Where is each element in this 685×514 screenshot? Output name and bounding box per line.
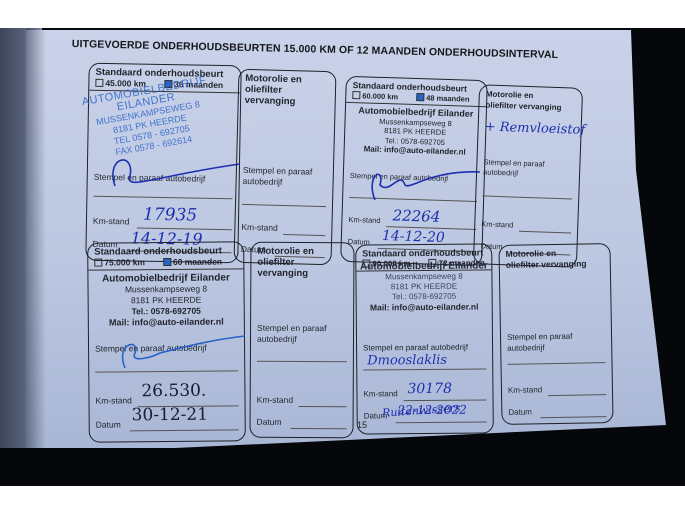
oil-card-4: Motorolie enoliefilter vervanging Stempe… xyxy=(498,243,613,425)
date-line xyxy=(130,429,239,431)
date-line xyxy=(540,416,606,418)
card-heading: Motorolie enoliefilter vervanging xyxy=(479,85,582,114)
checkbox-checked-icon xyxy=(163,258,171,266)
oil-card-3: Motorolie enoliefilter vervanging Stempe… xyxy=(249,242,354,439)
stamp-label: Stempel en paraafautobedrijf xyxy=(242,165,312,189)
interval-options: 75.000 km 60 maanden xyxy=(88,256,243,270)
checkbox-icon xyxy=(94,259,102,267)
checkbox-icon xyxy=(95,79,103,87)
signature-line xyxy=(363,368,486,370)
signature-1 xyxy=(95,146,245,196)
date-line xyxy=(291,428,347,429)
signature-line xyxy=(508,362,606,365)
dealer-stamp: Automobielbedrijf Eilander Mussenkampsew… xyxy=(88,272,243,328)
date-line xyxy=(396,421,487,423)
km-option: 60.000 km xyxy=(352,91,398,101)
km-reading: 30178 xyxy=(407,381,452,397)
km-line xyxy=(404,399,487,401)
signature-line xyxy=(242,204,326,207)
km-label: Km-stand xyxy=(348,215,380,225)
signature-line xyxy=(482,195,572,199)
km-label: Km-stand xyxy=(93,216,130,227)
dealer-stamp: Automobielbedrijf Eilander Mussenkampsew… xyxy=(356,261,491,312)
km-label: Km-stand xyxy=(363,389,397,398)
month-option: 60 maanden xyxy=(163,257,222,268)
signature-3 xyxy=(100,328,250,378)
km-label: Km-stand xyxy=(241,222,278,233)
card-heading: Motorolie enoliefilter vervanging xyxy=(239,70,336,109)
km-line xyxy=(283,234,325,236)
oil-card-1: Motorolie enoliefilter vervanging Stempe… xyxy=(233,69,336,265)
checkbox-icon xyxy=(352,91,360,99)
photo: UITGEVOERDE ONDERHOUDSBEURTEN 15.000 KM … xyxy=(0,28,685,486)
km-label: Km-stand xyxy=(95,395,131,405)
km-label: Km-stand xyxy=(481,219,513,229)
page-number: 15 xyxy=(357,420,367,430)
km-line xyxy=(519,231,571,234)
date-label: Datum xyxy=(96,419,121,429)
card-heading: Standaard onderhoudsbeurt xyxy=(356,244,491,259)
checkbox-checked-icon xyxy=(416,93,424,101)
date-label: Datum xyxy=(257,417,282,427)
signature-line xyxy=(93,196,232,199)
page-shadow xyxy=(26,28,46,448)
stamp-label: Stempel en paraafautobedrijf xyxy=(257,323,327,345)
km-reading: 26.530. xyxy=(141,381,206,402)
km-label: Km-stand xyxy=(257,395,293,405)
oil-note: + Remvloeistof xyxy=(484,119,585,137)
card-heading: Standaard onderhoudsbeurt xyxy=(88,242,243,257)
dealer-stamp: Automobielbedrijf Eilander Mussenkampsew… xyxy=(345,106,486,158)
km-line xyxy=(299,406,347,407)
km-reading: 17935 xyxy=(143,205,197,226)
service-date: 30-12-21 xyxy=(132,405,209,426)
stamp-label: Stempel en paraafautobedrijf xyxy=(507,331,573,354)
month-option: 48 maanden xyxy=(416,93,470,104)
signature-2 xyxy=(350,160,490,210)
km-option: 75.000 km xyxy=(94,257,145,267)
km-line xyxy=(548,394,606,396)
signature-line xyxy=(257,361,347,362)
km-label: Km-stand xyxy=(508,385,542,395)
card-heading: Motorolie enoliefilter vervanging xyxy=(251,243,353,280)
stamp-label: Stempel en paraaf autobedrijf xyxy=(363,343,468,353)
signature-name: Dmooslaklis xyxy=(367,353,447,369)
stamp-label: Stempel en paraafautobedrijf xyxy=(483,157,545,179)
date-label: Datum xyxy=(508,407,532,416)
oil-card-2: Motorolie enoliefilter vervanging Stempe… xyxy=(473,84,583,268)
card-heading: Motorolie enoliefilter vervanging xyxy=(499,244,609,271)
